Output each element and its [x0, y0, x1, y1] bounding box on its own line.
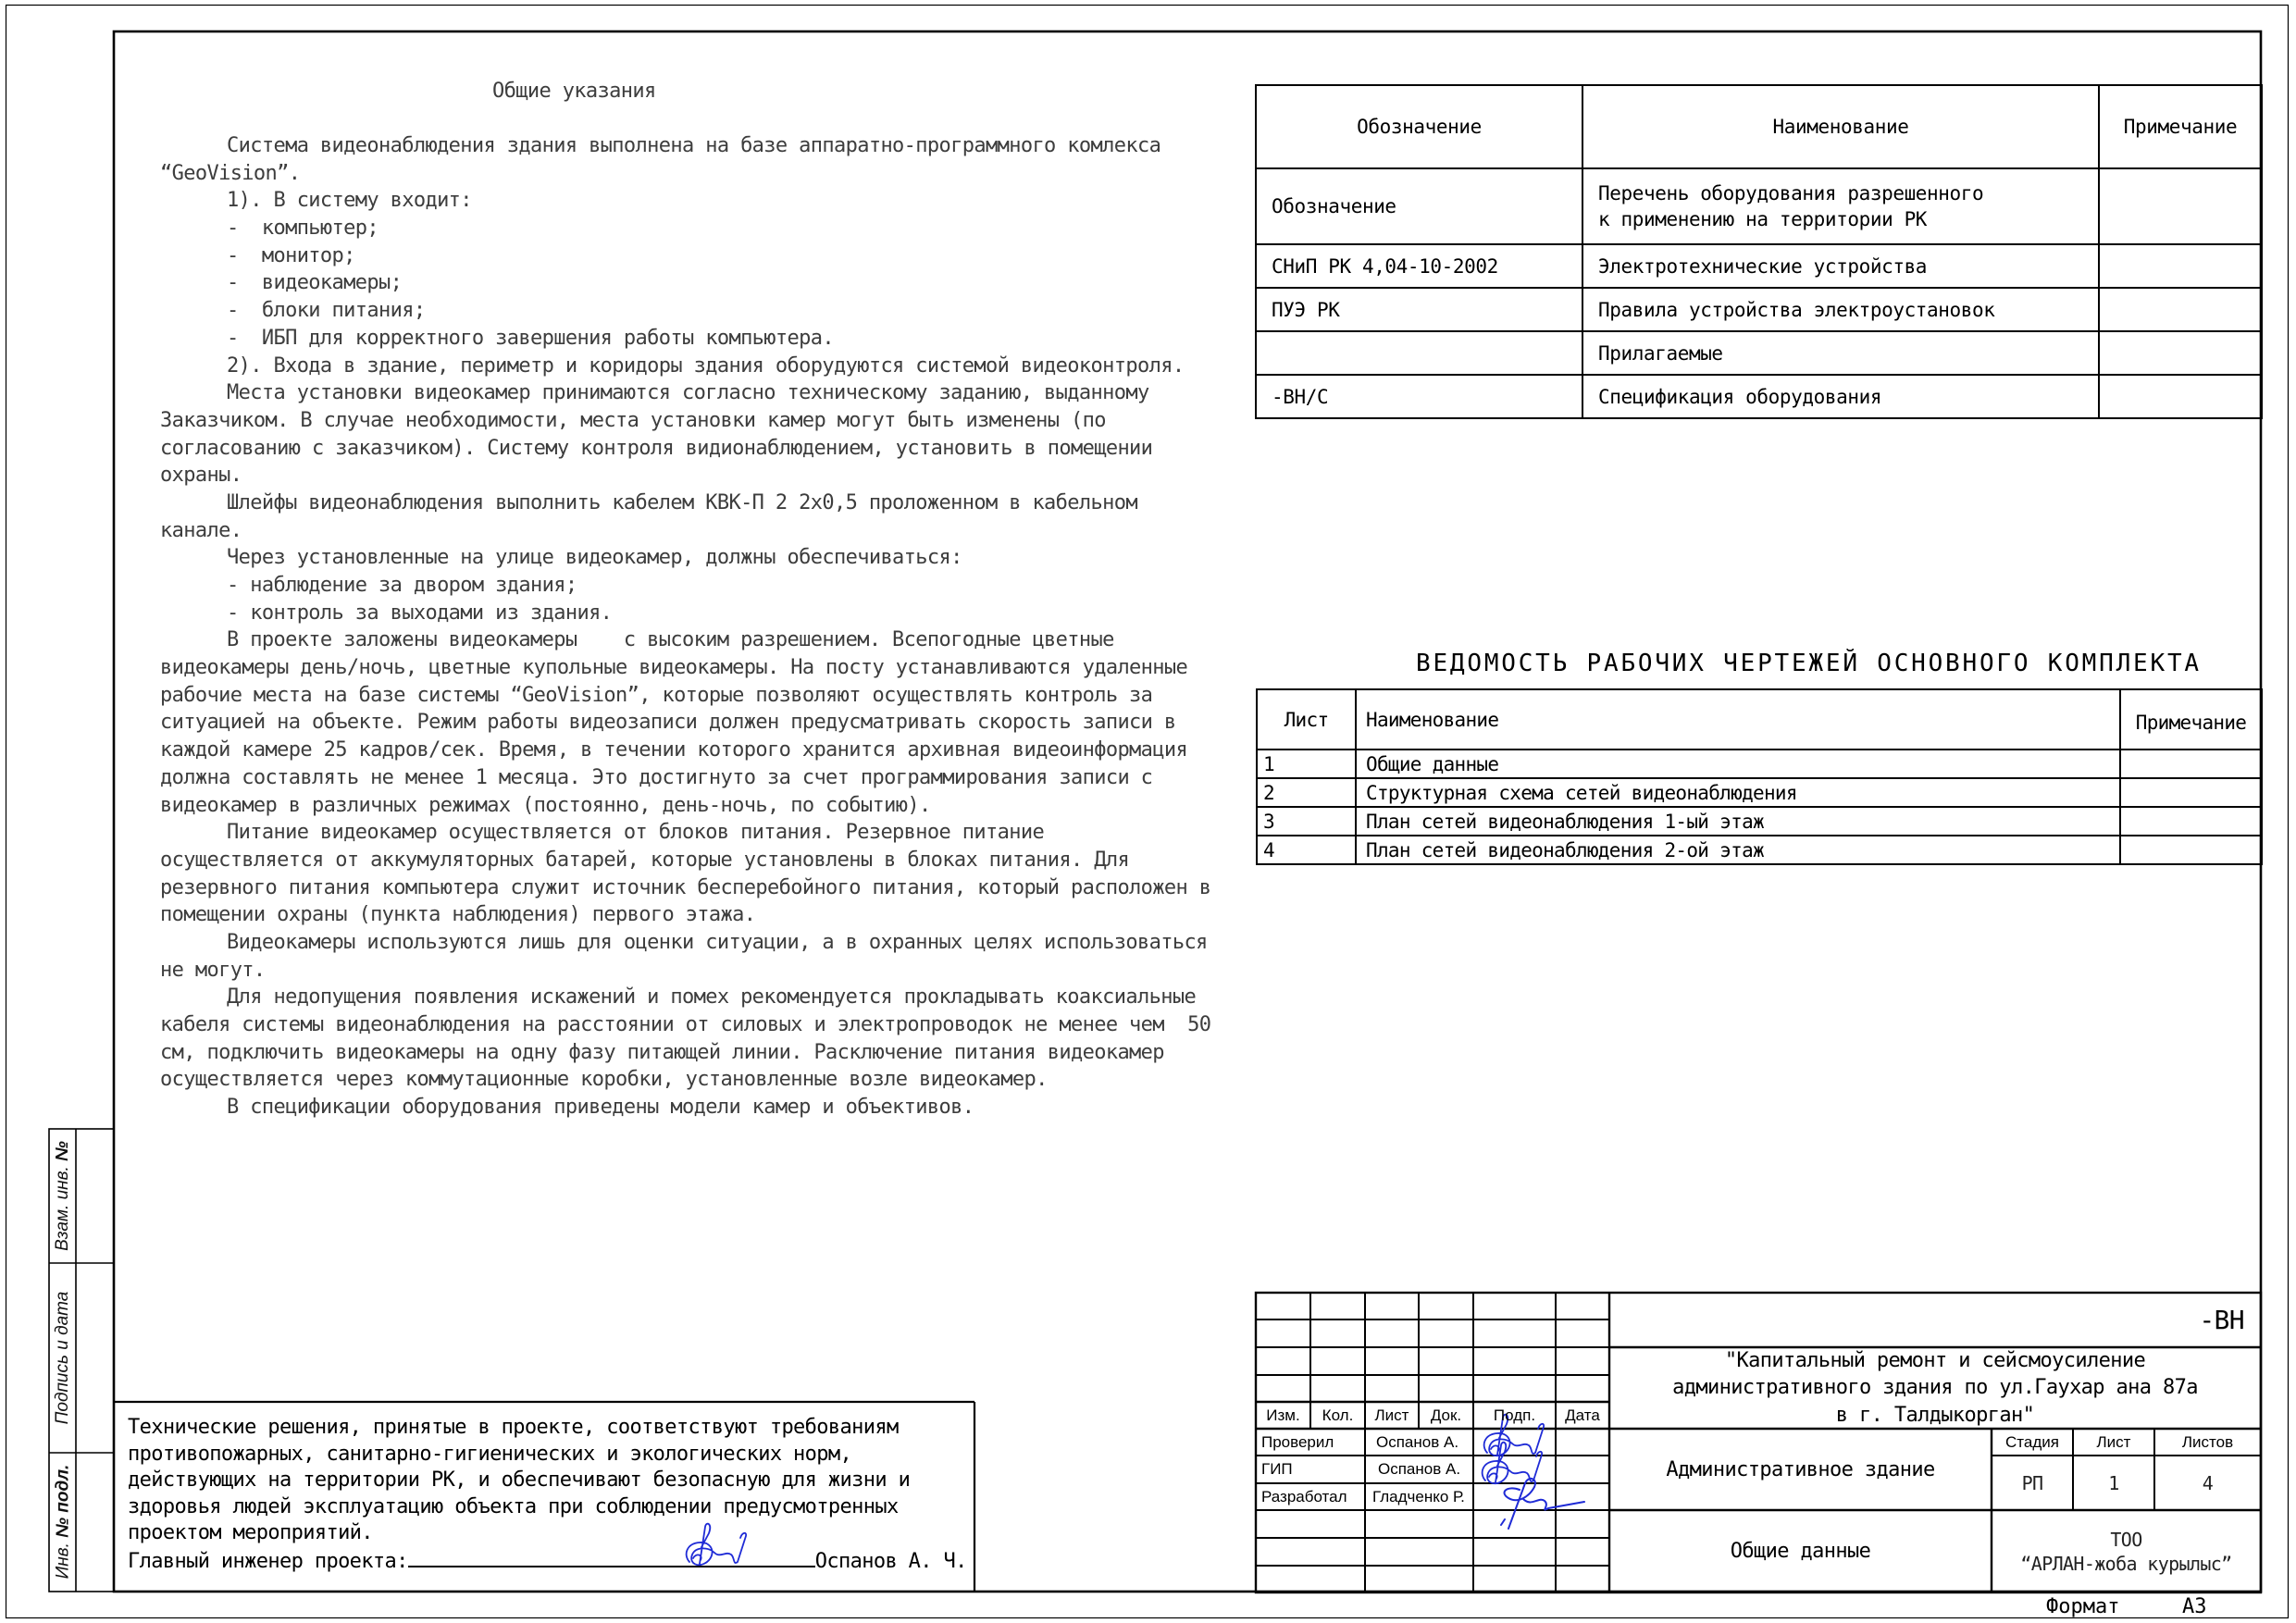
signatory-role: Проверил	[1256, 1429, 1365, 1456]
table-row: ПУЭ РКПравила устройства электроустаново…	[1256, 288, 2262, 331]
certification-line: противопожарных, санитарно-гигиенических…	[128, 1442, 967, 1468]
cell-sheet: 2	[1257, 778, 1356, 807]
header-name: Наименование	[1582, 85, 2099, 168]
certification-line: действующих на территории РК, и обеспечи…	[128, 1468, 967, 1494]
chief-engineer-line: Главный инженер проекта:Оспанов А. Ч.	[128, 1547, 967, 1574]
notes-line: В проекте заложены видеокамеры с высоким…	[160, 626, 1210, 654]
notes-line: см, подключить видеокамеры на одну фазу …	[160, 1039, 1210, 1067]
notes-line: - блоки питания;	[160, 297, 1210, 325]
format-value: А3	[2182, 1594, 2207, 1620]
chief-engineer-name: Оспанов А. Ч.	[815, 1550, 967, 1573]
sheet-label: Лист	[2073, 1429, 2154, 1456]
certification-line: проектом мероприятий.	[128, 1520, 967, 1547]
sheets-total-label: Листов	[2154, 1429, 2261, 1456]
cell-name: Структурная схема сетей видеонаблюдения	[1356, 778, 2120, 807]
cell-note	[2099, 168, 2262, 244]
header-note: Примечание	[2099, 85, 2262, 168]
rev-header-signature: Подп.	[1473, 1402, 1556, 1429]
notes-line: 1). В систему входит:	[160, 187, 1210, 215]
notes-line: - ИБП для корректного завершения работы …	[160, 325, 1210, 353]
cell-note	[2099, 331, 2262, 375]
cell-name: Правила устройства электроустановок	[1582, 288, 2099, 331]
notes-line: видеокамеры день/ночь, цветные купольные…	[160, 654, 1210, 682]
signature-developed-icon	[1501, 1479, 1584, 1529]
general-notes: Система видеонаблюдения здания выполнена…	[160, 132, 1210, 1121]
project-name-line: административного здания по ул.Гаухар ан…	[1672, 1374, 2198, 1402]
company-title: “АРЛАН-жоба курылыс”	[2020, 1552, 2231, 1576]
notes-line: - видеокамеры;	[160, 269, 1210, 297]
notes-line: 2). Входа в здание, периметр и коридоры …	[160, 353, 1210, 380]
project-name-line: "Капитальный ремонт и сейсмоусиление	[1725, 1347, 2145, 1375]
signatory-name: Оспанов А.	[1365, 1456, 1473, 1483]
cell-name: Прилагаемые	[1582, 331, 2099, 375]
notes-line: Для недопущения появления искажений и по…	[160, 984, 1210, 1011]
project-name: "Капитальный ремонт и сейсмоусиление адм…	[1609, 1347, 2261, 1429]
drawings-list-title: ВЕДОМОСТЬ РАБОЧИХ ЧЕРТЕЖЕЙ ОСНОВНОГО КОМ…	[1416, 650, 2202, 676]
references-table: Обозначение Наименование Примечание Обоз…	[1255, 84, 2263, 419]
cell-note	[2099, 288, 2262, 331]
format-label: Формат	[2046, 1594, 2119, 1620]
table-row: 2Структурная схема сетей видеонаблюдения	[1257, 778, 2262, 807]
cell-sheet: 4	[1257, 836, 1356, 864]
cell-note	[2120, 807, 2262, 836]
cell-note	[2120, 750, 2262, 778]
notes-line: ситуацией на объекте. Режим работы видео…	[160, 709, 1210, 737]
notes-line: должна составлять не менее 1 месяца. Это…	[160, 764, 1210, 792]
notes-line: Видеокамеры используются лишь для оценки…	[160, 929, 1210, 957]
notes-line: - наблюдение за двором здания;	[160, 572, 1210, 600]
certification-text: Технические решения, принятые в проекте,…	[128, 1415, 967, 1547]
signatory-name: Оспанов А.	[1365, 1429, 1473, 1456]
cell-name: План сетей видеонаблюдения 2-ой этаж	[1356, 836, 2120, 864]
notes-line: Через установленные на улице видеокамер,…	[160, 544, 1210, 572]
stage-label: Стадия	[1992, 1429, 2073, 1456]
cell-name: Перечень оборудования разрешенного к при…	[1582, 168, 2099, 244]
drawing-sheet: Общие указания Система видеонаблюдения з…	[0, 0, 2296, 1623]
notes-line: осуществляется через коммутационные коро…	[160, 1066, 1210, 1094]
notes-line: канале.	[160, 517, 1210, 545]
notes-line: - монитор;	[160, 242, 1210, 270]
side-stamp-label-bold: №	[53, 1141, 72, 1161]
sheet-number: 1	[2073, 1456, 2154, 1510]
cell-note	[2120, 836, 2262, 864]
cell-note	[2099, 244, 2262, 288]
table-row: Прилагаемые	[1256, 331, 2262, 375]
notes-line: - компьютер;	[160, 215, 1210, 242]
rev-header-change: Изм.	[1256, 1402, 1310, 1429]
rev-header-sheet: Лист	[1365, 1402, 1419, 1429]
cell-note	[2099, 375, 2262, 418]
company-type: ТОО	[2110, 1528, 2141, 1552]
cell-designation: ПУЭ РК	[1256, 288, 1582, 331]
signatory-role: ГИП	[1256, 1456, 1365, 1483]
building-name: Административное здание	[1609, 1429, 1992, 1510]
notes-line: резервного питания компьютера служит ист…	[160, 874, 1210, 902]
signatory-role: Разработал	[1256, 1483, 1365, 1510]
notes-line: каждой камере 25 кадров/сек. Время, в те…	[160, 737, 1210, 764]
cell-name: План сетей видеонаблюдения 1-ый этаж	[1356, 807, 2120, 836]
header-sheet: Лист	[1257, 689, 1356, 750]
notes-line: Заказчиком. В случае необходимости, мест…	[160, 407, 1210, 435]
header-designation: Обозначение	[1256, 85, 1582, 168]
company-name: ТОО “АРЛАН-жоба курылыс”	[1992, 1510, 2261, 1592]
header-name: Наименование	[1356, 689, 2120, 750]
cell-note	[2120, 778, 2262, 807]
notes-line: “GeoVision”.	[160, 160, 1210, 188]
cell-designation: СНиП РК 4,04-10-2002	[1256, 244, 1582, 288]
table-row: ОбозначениеПеречень оборудования разреше…	[1256, 168, 2262, 244]
notes-line: кабеля системы видеонаблюдения на рассто…	[160, 1011, 1210, 1039]
chief-engineer-label: Главный инженер проекта:	[128, 1550, 408, 1573]
notes-line: охраны.	[160, 462, 1210, 489]
certification-line: Технические решения, принятые в проекте,…	[128, 1415, 967, 1442]
cell-designation: -ВН/С	[1256, 375, 1582, 418]
side-stamp-original-inv: Инв. № подл.	[49, 1453, 76, 1592]
notes-line: Места установки видеокамер принимаются с…	[160, 379, 1210, 407]
table-row: 4План сетей видеонаблюдения 2-ой этаж	[1257, 836, 2262, 864]
notes-line: Система видеонаблюдения здания выполнена…	[160, 132, 1210, 160]
side-stamp-label: Подпись и дата	[53, 1292, 72, 1425]
side-stamp-label: Взам. инв.	[53, 1161, 72, 1251]
side-stamp-replacement-inv: Взам. инв. №	[49, 1129, 76, 1263]
notes-line: согласованию с заказчиком). Систему конт…	[160, 435, 1210, 463]
rev-header-doc: Док.	[1419, 1402, 1473, 1429]
cell-name: Электротехнические устройства	[1582, 244, 2099, 288]
certification-statement: Технические решения, принятые в проекте,…	[128, 1415, 967, 1573]
notes-line: Питание видеокамер осуществляется от бло…	[160, 819, 1210, 847]
notes-line: В спецификации оборудования приведены мо…	[160, 1094, 1210, 1121]
cell-sheet: 1	[1257, 750, 1356, 778]
rev-header-qty: Кол.	[1310, 1402, 1365, 1429]
side-stamp-signature-date: Подпись и дата	[49, 1263, 76, 1453]
signatory-name: Гладченко Р.	[1365, 1483, 1473, 1510]
table-header-row: Обозначение Наименование Примечание	[1256, 85, 2262, 168]
notes-line: видеокамер в различных режимах (постоянн…	[160, 792, 1210, 820]
header-note: Примечание	[2120, 689, 2262, 750]
table-row: -ВН/ССпецификация оборудования	[1256, 375, 2262, 418]
cell-designation: Обозначение	[1256, 168, 1582, 244]
rev-header-date: Дата	[1556, 1402, 1609, 1429]
notes-line: не могут.	[160, 957, 1210, 985]
table-row: 3План сетей видеонаблюдения 1-ый этаж	[1257, 807, 2262, 836]
sheet-title: Общие данные	[1609, 1510, 1992, 1592]
notes-line: осуществляется от аккумуляторных батарей…	[160, 847, 1210, 874]
table-row: СНиП РК 4,04-10-2002Электротехнические у…	[1256, 244, 2262, 288]
signature-line	[408, 1547, 815, 1567]
table-row: 1Общие данные	[1257, 750, 2262, 778]
stage-value: РП	[1992, 1456, 2073, 1510]
drawings-list-table: Лист Наименование Примечание 1Общие данн…	[1256, 688, 2263, 865]
side-stamp-label: Инв.	[53, 1538, 72, 1580]
sheets-total: 4	[2154, 1456, 2261, 1510]
notes-title: Общие указания	[492, 78, 656, 105]
notes-line: помещении охраны (пункта наблюдения) пер…	[160, 901, 1210, 929]
cell-sheet: 3	[1257, 807, 1356, 836]
certification-line: здоровья людей эксплуатацию объекта при …	[128, 1494, 967, 1521]
notes-line: Шлейфы видеонаблюдения выполнить кабелем…	[160, 489, 1210, 517]
notes-line: - контроль за выходами из здания.	[160, 600, 1210, 627]
project-name-line: в г. Талдыкорган"	[1836, 1402, 2034, 1430]
table-header-row: Лист Наименование Примечание	[1257, 689, 2262, 750]
side-stamp-label-bold: № подл.	[53, 1465, 72, 1538]
document-code: -ВН	[1609, 1293, 2261, 1347]
cell-designation	[1256, 331, 1582, 375]
notes-line: рабочие места на базе системы “GeoVision…	[160, 682, 1210, 710]
cell-name: Общие данные	[1356, 750, 2120, 778]
cell-name: Спецификация оборудования	[1582, 375, 2099, 418]
